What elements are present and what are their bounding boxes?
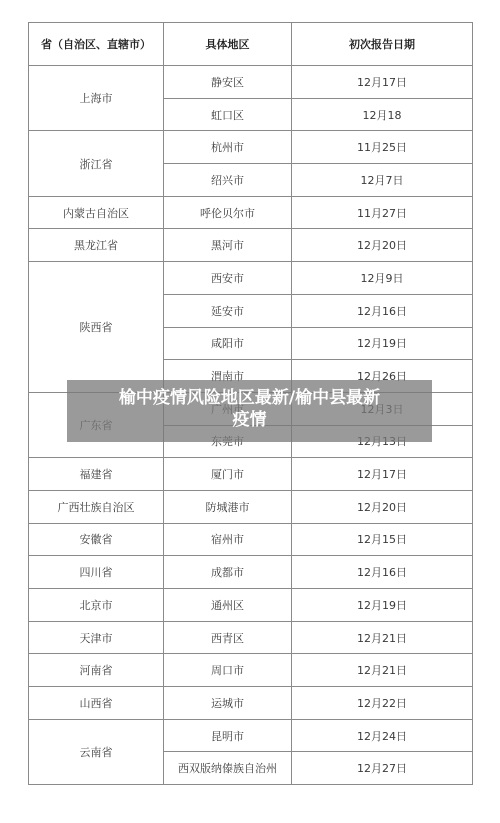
table-row: 上海市静安区12月17日: [29, 66, 473, 99]
date-cell: 12月17日: [292, 458, 473, 491]
date-cell: 12月19日: [292, 589, 473, 622]
area-cell: 延安市: [164, 294, 292, 327]
area-cell: 静安区: [164, 66, 292, 99]
date-cell: 12月18: [292, 98, 473, 131]
table-row: 黑龙江省黑河市12月20日: [29, 229, 473, 262]
area-cell: 通州区: [164, 589, 292, 622]
area-cell: 绍兴市: [164, 164, 292, 197]
header-area: 具体地区: [164, 23, 292, 66]
table-row: 云南省昆明市12月24日: [29, 719, 473, 752]
header-province: 省（自治区、直辖市）: [29, 23, 164, 66]
area-cell: 西青区: [164, 621, 292, 654]
date-cell: 11月25日: [292, 131, 473, 164]
area-cell: 厦门市: [164, 458, 292, 491]
table-row: 河南省周口市12月21日: [29, 654, 473, 687]
table-row: 陕西省西安市12月9日: [29, 262, 473, 295]
table-row: 天津市西青区12月21日: [29, 621, 473, 654]
province-cell: 山西省: [29, 687, 164, 720]
table-row: 北京市通州区12月19日: [29, 589, 473, 622]
province-cell: 陕西省: [29, 262, 164, 393]
area-cell: 黑河市: [164, 229, 292, 262]
table-row: 内蒙古自治区呼伦贝尔市11月27日: [29, 196, 473, 229]
area-cell: 成都市: [164, 556, 292, 589]
province-cell: 福建省: [29, 458, 164, 491]
overlay-title-line2: 疫情: [67, 409, 432, 431]
province-cell: 天津市: [29, 621, 164, 654]
area-cell: 宿州市: [164, 523, 292, 556]
date-cell: 11月27日: [292, 196, 473, 229]
date-cell: 12月7日: [292, 164, 473, 197]
overlay-title-line1: 榆中疫情风险地区最新/榆中县最新: [67, 387, 432, 409]
province-cell: 内蒙古自治区: [29, 196, 164, 229]
area-cell: 呼伦贝尔市: [164, 196, 292, 229]
area-cell: 周口市: [164, 654, 292, 687]
table-row: 四川省成都市12月16日: [29, 556, 473, 589]
date-cell: 12月22日: [292, 687, 473, 720]
area-cell: 运城市: [164, 687, 292, 720]
date-cell: 12月24日: [292, 719, 473, 752]
area-cell: 杭州市: [164, 131, 292, 164]
table-row: 广西壮族自治区防城港市12月20日: [29, 490, 473, 523]
province-cell: 浙江省: [29, 131, 164, 196]
area-cell: 咸阳市: [164, 327, 292, 360]
province-cell: 广西壮族自治区: [29, 490, 164, 523]
area-cell: 防城港市: [164, 490, 292, 523]
area-cell: 西双版纳傣族自治州: [164, 752, 292, 785]
date-cell: 12月20日: [292, 490, 473, 523]
date-cell: 12月16日: [292, 294, 473, 327]
province-cell: 云南省: [29, 719, 164, 784]
date-cell: 12月21日: [292, 621, 473, 654]
date-cell: 12月9日: [292, 262, 473, 295]
province-cell: 上海市: [29, 66, 164, 131]
date-cell: 12月16日: [292, 556, 473, 589]
province-cell: 安徽省: [29, 523, 164, 556]
title-overlay-banner: 榆中疫情风险地区最新/榆中县最新 疫情: [67, 380, 432, 442]
table-header-row: 省（自治区、直辖市） 具体地区 初次报告日期: [29, 23, 473, 66]
table-row: 安徽省宿州市12月15日: [29, 523, 473, 556]
date-cell: 12月21日: [292, 654, 473, 687]
area-cell: 虹口区: [164, 98, 292, 131]
province-cell: 北京市: [29, 589, 164, 622]
area-cell: 昆明市: [164, 719, 292, 752]
area-cell: 西安市: [164, 262, 292, 295]
date-cell: 12月19日: [292, 327, 473, 360]
date-cell: 12月27日: [292, 752, 473, 785]
header-date: 初次报告日期: [292, 23, 473, 66]
province-cell: 河南省: [29, 654, 164, 687]
date-cell: 12月20日: [292, 229, 473, 262]
table-row: 福建省厦门市12月17日: [29, 458, 473, 491]
table-row: 山西省运城市12月22日: [29, 687, 473, 720]
province-cell: 四川省: [29, 556, 164, 589]
date-cell: 12月15日: [292, 523, 473, 556]
table-row: 浙江省杭州市11月25日: [29, 131, 473, 164]
province-cell: 黑龙江省: [29, 229, 164, 262]
date-cell: 12月17日: [292, 66, 473, 99]
